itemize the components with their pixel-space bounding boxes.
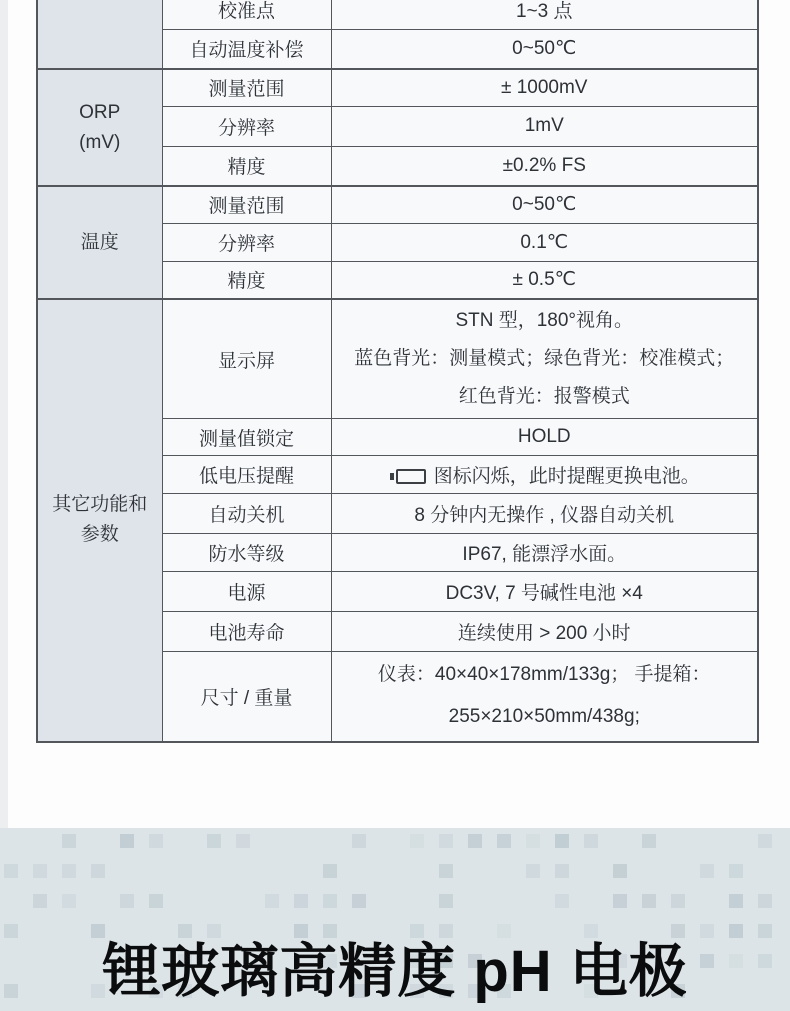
- group-label-line: 其它功能和: [44, 490, 156, 520]
- table-row: ORP (mV) 测量范围 ± 1000mV: [37, 69, 758, 106]
- spec-param-cell: 显示屏: [162, 299, 331, 419]
- spec-value-line: 255×210×50mm/438g;: [338, 696, 752, 738]
- spec-value-line: 蓝色背光：测量模式；绿色背光：校准模式；: [338, 340, 752, 378]
- table-row: 温度 测量范围 0~50℃: [37, 186, 758, 223]
- table-row: 校准点 1~3 点: [37, 0, 758, 29]
- spec-param-cell: 电源: [162, 572, 331, 612]
- spec-value-cell: STN 型，180°视角。 蓝色背光：测量模式；绿色背光：校准模式； 红色背光：…: [331, 299, 758, 419]
- battery-icon: [396, 469, 426, 484]
- spec-param-cell: 测量值锁定: [162, 419, 331, 456]
- spec-value-cell: 连续使用 > 200 小时: [331, 612, 758, 652]
- group-label-cell: 其它功能和 参数: [37, 299, 162, 742]
- spec-param-cell: 测量范围: [162, 69, 331, 106]
- spec-param-cell: 防水等级: [162, 534, 331, 572]
- spec-value-text: 图标闪烁，此时提醒更换电池。: [434, 466, 700, 487]
- group-label-line: 温度: [44, 228, 156, 258]
- spec-param-cell: 分辨率: [162, 106, 331, 146]
- spec-value-cell: ± 0.5℃: [331, 261, 758, 299]
- spec-value-cell: 1mV: [331, 106, 758, 146]
- group-label-line: 参数: [44, 520, 156, 550]
- spec-param-cell: 测量范围: [162, 186, 331, 223]
- spec-value-cell: DC3V, 7 号碱性电池 ×4: [331, 572, 758, 612]
- spec-value-cell: IP67, 能漂浮水面。: [331, 534, 758, 572]
- group-label-cell: ORP (mV): [37, 69, 162, 186]
- group-label-cell: [37, 0, 162, 69]
- spec-value-cell: 0.1℃: [331, 223, 758, 261]
- spec-value-cell: 图标闪烁，此时提醒更换电池。: [331, 456, 758, 494]
- spec-value-line: STN 型，180°视角。: [338, 302, 752, 340]
- spec-value-cell: 0~50℃: [331, 186, 758, 223]
- spec-value-cell: ±0.2% FS: [331, 146, 758, 186]
- spec-param-cell: 低电压提醒: [162, 456, 331, 494]
- spec-param-cell: 自动关机: [162, 494, 331, 534]
- spec-param-cell: 校准点: [162, 0, 331, 29]
- spec-value-cell: HOLD: [331, 419, 758, 456]
- spec-value-cell: 0~50℃: [331, 29, 758, 69]
- section-title: 锂玻璃高精度 pH 电极: [0, 924, 790, 1008]
- page-edge-shadow: [0, 0, 8, 828]
- spec-value-cell: 仪表：40×40×178mm/133g； 手提箱： 255×210×50mm/4…: [331, 652, 758, 742]
- spec-value-line: 仪表：40×40×178mm/133g； 手提箱：: [338, 654, 752, 696]
- spec-value-cell: ± 1000mV: [331, 69, 758, 106]
- spec-param-cell: 电池寿命: [162, 612, 331, 652]
- table-row: 其它功能和 参数 显示屏 STN 型，180°视角。 蓝色背光：测量模式；绿色背…: [37, 299, 758, 419]
- group-label-line: (mV): [44, 128, 156, 158]
- spec-param-cell: 尺寸 / 重量: [162, 652, 331, 742]
- spec-value-line: 红色背光：报警模式: [338, 378, 752, 416]
- spec-param-cell: 自动温度补偿: [162, 29, 331, 69]
- group-label-line: ORP: [44, 98, 156, 128]
- spec-param-cell: 精度: [162, 146, 331, 186]
- product-section-banner: 锂玻璃高精度 pH 电极: [0, 828, 790, 1011]
- spec-table: 校准点 1~3 点 自动温度补偿 0~50℃ ORP (mV) 测量范围 ± 1…: [36, 0, 759, 743]
- spec-param-cell: 分辨率: [162, 223, 331, 261]
- group-label-cell: 温度: [37, 186, 162, 299]
- spec-value-cell: 1~3 点: [331, 0, 758, 29]
- spec-value-cell: 8 分钟内无操作 , 仪器自动关机: [331, 494, 758, 534]
- spec-param-cell: 精度: [162, 261, 331, 299]
